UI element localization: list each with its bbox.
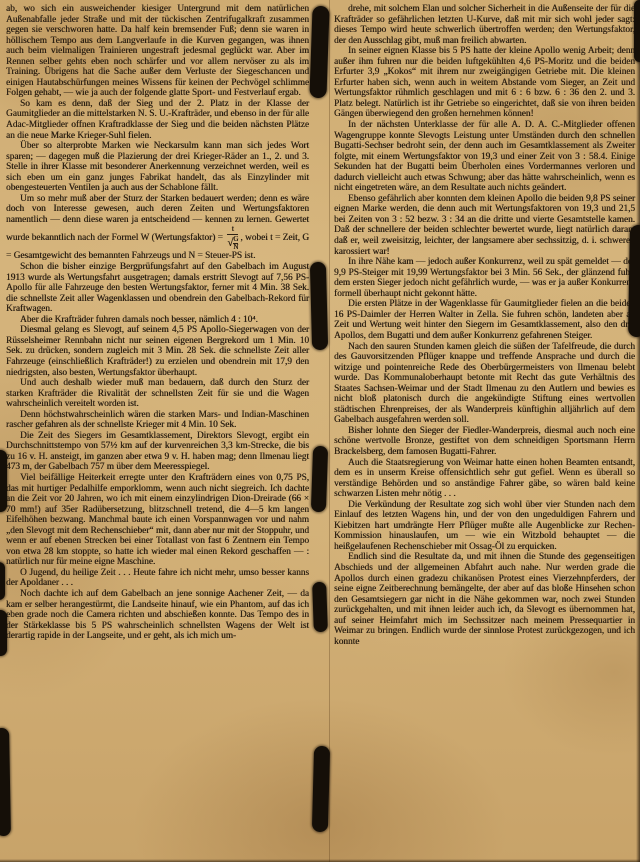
paragraph: Die Verkündung der Resultate zog sich wo… (334, 500, 635, 553)
left-column: ab, wo sich ein ausweichender kiesiger U… (6, 4, 309, 642)
paragraph: Viel beifällige Heiterkeit erregte unter… (6, 473, 309, 568)
paragraph: In der nächsten Unterklasse der für alle… (334, 120, 635, 194)
ink-blot-left-edge-4 (0, 728, 11, 836)
formula-paragraph: Um so mehr muß aber der Sturz der Starke… (6, 194, 309, 262)
ink-blot-gutter-4 (312, 582, 328, 632)
scanned-newspaper-page: ab, wo sich ein ausweichender kiesiger U… (0, 0, 640, 862)
paragraph: Und auch deshalb wieder muß man bedauern… (6, 378, 309, 410)
left-column-text-top: ab, wo sich ein ausweichender kiesiger U… (6, 4, 309, 194)
paragraph: In seiner eignen Klasse bis 5 PS hatte d… (334, 46, 635, 120)
left-column-text-bottom: Schon die bisher einzige Bergprüfungsfah… (6, 262, 309, 642)
paragraph: O Jugend, du heilige Zeit . . . Heute fa… (6, 568, 309, 589)
formula-numerator: t (227, 225, 238, 234)
paragraph: Denn höchstwahrscheinlich wären die star… (6, 410, 309, 431)
ink-blot-right-edge-1 (634, 0, 640, 62)
ink-blot-left-edge-2 (0, 562, 5, 600)
formula-n: N (233, 244, 238, 251)
paragraph: Diesmal gelang es Slevogt, auf seinem 4,… (6, 325, 309, 378)
wertungsfaktor-formula: t√GN (227, 225, 238, 251)
paragraph: Bisher lohnte den Sieger der Fiedler-Wan… (334, 426, 635, 458)
paragraph: Aber die Krafträder fuhren damals noch b… (6, 315, 309, 326)
right-page-edge-shadow (636, 0, 640, 862)
paragraph: In ihre Nähe kam — jedoch außer Konkurre… (334, 257, 635, 299)
paragraph: Noch dachte ich auf dem Gabelbach an jen… (6, 589, 309, 642)
paragraph: Die Zeit des Siegers im Gesamtklassement… (6, 431, 309, 473)
paragraph: Über so alterprobte Marken wie Neckarsul… (6, 141, 309, 194)
paragraph: So kam es denn, daß der Sieg und der 2. … (6, 99, 309, 141)
ink-blot-left-edge-3 (0, 610, 7, 656)
paragraph: Auch die Staatsregierung von Weimar hatt… (334, 458, 635, 500)
paragraph: Nach den sauren Stunden kamen gleich die… (334, 342, 635, 426)
ink-blot-gutter-2 (310, 262, 328, 350)
paragraph: drehe, mit solchem Elan und solcher Sich… (334, 4, 635, 46)
right-column: drehe, mit solchem Elan und solcher Sich… (334, 4, 635, 647)
ink-blot-gutter-5 (312, 746, 330, 832)
formula-denominator: √GN (227, 234, 238, 251)
ink-blot-right-edge-2 (628, 225, 640, 337)
ink-blot-gutter-3 (311, 446, 328, 512)
g-over-n: GN (233, 236, 238, 251)
column-divider-rule (329, 0, 330, 862)
ink-blot-gutter-1 (309, 6, 329, 99)
ink-blot-left-edge-1 (0, 450, 7, 512)
paragraph: Die ersten Plätze in der Wagenklasse für… (334, 299, 635, 341)
paragraph: ab, wo sich ein ausweichender kiesiger U… (6, 4, 309, 99)
paragraph: Endlich sind die Resultate da, und mit i… (334, 552, 635, 647)
paragraph: Schon die bisher einzige Bergprüfungsfah… (6, 262, 309, 315)
paragraph: Ebenso gefährlich aber konnten dem klein… (334, 194, 635, 257)
